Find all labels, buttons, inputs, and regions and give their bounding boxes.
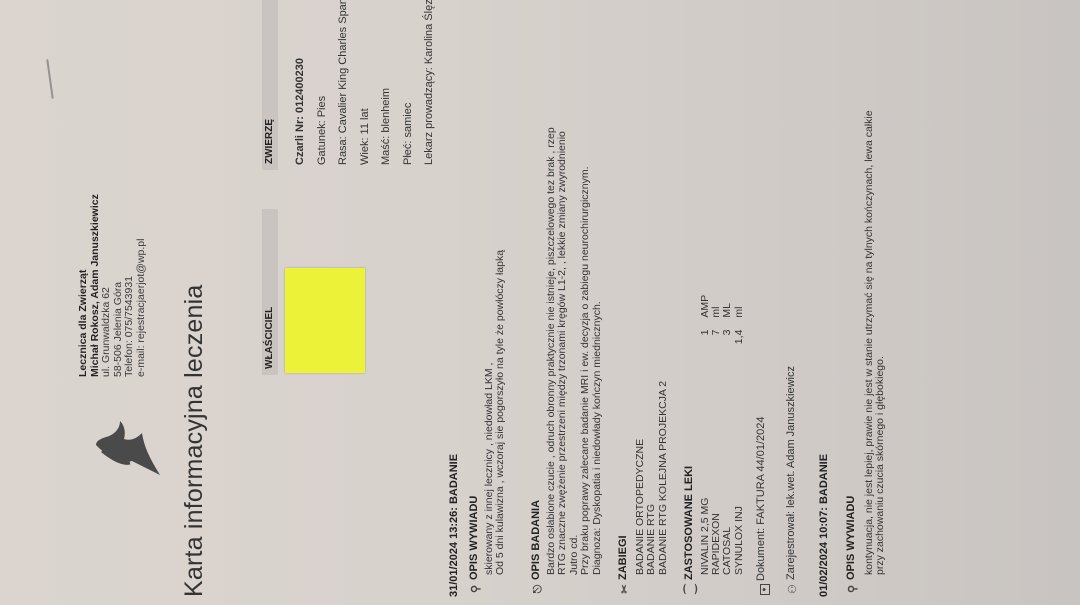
interview-line: Od 5 dni kulawizna , wczoraj sie pogorsz… [495, 250, 506, 575]
animal-doctor: Lekarz prowadzący: Karolina Ślęzak [419, 0, 441, 165]
drugs-heading: ⁐ZASTOSOWANE LEKI [683, 466, 697, 595]
visit-2-heading: 01/02/2024 10:07: BADANIE [818, 454, 830, 597]
clinic-email: e-mail: rejestracjaerjot@wp.pl [136, 194, 148, 377]
drug-qty: 1 [700, 330, 711, 498]
syringe-icon: ⁐ [685, 583, 697, 595]
animal-breed: Rasa: Cavalier King Charles Spaniel [333, 0, 355, 165]
visit-1-interview-text: skierowany z innej lecznicy , niedowład … [484, 250, 507, 575]
animal-species: Gatunek: Pies [312, 0, 334, 165]
animal-color: Maść: blenheim [376, 0, 398, 165]
owner-header: WŁAŚCICIEL [262, 209, 278, 375]
page-title: Karta informacyjna leczenia [180, 285, 209, 598]
animal-details: Czarli Nr: 012400230 Gatunek: Pies Rasa:… [290, 0, 441, 165]
drug-row: CATOSAL3ML [722, 295, 733, 575]
document-icon: ● [760, 584, 770, 595]
drug-name: SYNULOX INJ [734, 498, 745, 575]
animal-header: ZWIERZĘ [262, 0, 278, 170]
procedures-heading-text: ZABIEGI [617, 535, 629, 580]
visit-1-interview-heading: ⚲OPIS WYWIADU [468, 496, 482, 595]
interview-icon: ⚲ [470, 583, 482, 595]
drug-unit: ML [722, 295, 733, 330]
drug-unit: ml [734, 295, 745, 330]
procedure-item: BADANIE RTG KOLEJNA PROJEKCJA 2 [658, 381, 669, 575]
clinic-name: Lecznica dla Zwierząt [78, 194, 90, 377]
drugs-table: NIVALIN 2,5 MG1AMP RAPIDEXON7ml CATOSAL3… [700, 295, 745, 575]
exam-icon: ⎋ [532, 583, 544, 595]
animal-sex: Płeć: samiec [398, 0, 420, 165]
exam-line: Przy braku poprawy zalecane badanie MRI … [580, 127, 591, 575]
users-icon: ⚇ [787, 583, 799, 595]
interview-icon: ⚲ [847, 583, 859, 595]
exam-line: Diagnoza: Dyskopatia i niedowłady kończy… [592, 127, 603, 575]
exam-line: RTG znaczne zwężenie przestrzeni między … [557, 127, 568, 575]
procedures-heading: ✂ZABIEGI [617, 535, 631, 595]
treatment-card-page: Lecznica dla Zwierząt Michał Rokosz, Ada… [0, 0, 1080, 605]
drug-qty: 1,4 [734, 330, 745, 498]
drug-qty: 7 [711, 330, 722, 498]
document-text: Dokument: FAKTURA 44/01/2024 [755, 417, 767, 581]
drugs-heading-text: ZASTOSOWANE LEKI [683, 466, 695, 580]
pen-mark [46, 59, 54, 99]
visit-2-interview-text: kontynuacja, nie jest lepiej, prawie nie… [864, 110, 887, 575]
animal-age: Wiek: 11 lat [355, 0, 377, 165]
interview-heading-text: OPIS WYWIADU [845, 496, 857, 580]
visit-2-interview-heading: ⚲OPIS WYWIADU [845, 496, 859, 595]
drug-name: CATOSAL [722, 498, 733, 575]
registered-line: ⚇Zarejestrował: lek.wet. Adam Januszkiew… [785, 366, 799, 595]
bird-logo-icon [90, 415, 170, 485]
visit-1-heading: 31/01/2024 13:26: BADANIE [448, 454, 460, 597]
registered-text: Zarejestrował: lek.wet. Adam Januszkiewi… [785, 366, 797, 580]
procedures-list: BADANIE ORTOPEDYCZNE BADANIE RTG BADANIE… [635, 381, 669, 575]
drug-row: SYNULOX INJ1,4ml [734, 295, 745, 575]
document-line: ●Dokument: FAKTURA 44/01/2024 [755, 417, 770, 595]
interview-heading-text: OPIS WYWIADU [468, 496, 480, 580]
interview-line: przy zachowaniu czucia skórnego i głębok… [875, 110, 886, 575]
clinic-header: Lecznica dla Zwierząt Michał Rokosz, Ada… [78, 194, 148, 377]
visit-1-exam-text: Bardzo osłabione czucie , odruch obronny… [546, 127, 603, 575]
owner-redaction-sticker [285, 268, 365, 373]
animal-name-number: Czarli Nr: 012400230 [290, 0, 312, 165]
drug-qty: 3 [722, 330, 733, 498]
scissors-icon: ✂ [619, 583, 631, 595]
visit-1-exam-heading: ⎋OPIS BADANIA [530, 500, 544, 595]
exam-heading-text: OPIS BADANIA [530, 500, 542, 580]
